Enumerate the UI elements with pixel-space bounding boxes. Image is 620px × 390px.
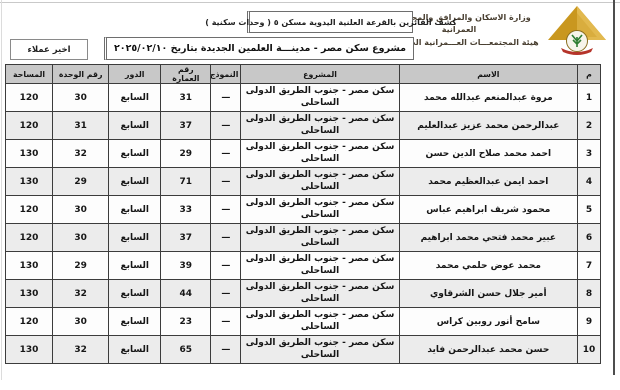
cell-model: —	[211, 280, 241, 308]
table-row: 6عبير محمد فتحي محمد ابراهيمسكن مصر - جن…	[6, 224, 601, 252]
cell-unit: 30	[53, 308, 109, 336]
cell-floor: السابع	[109, 84, 161, 112]
cell-area: 130	[6, 140, 53, 168]
header-name: الاسم	[399, 65, 577, 84]
cell-unit: 30	[53, 224, 109, 252]
cell-building: 33	[161, 196, 211, 224]
cell-floor: السابع	[109, 252, 161, 280]
cell-area: 130	[6, 168, 53, 196]
cell-area: 120	[6, 84, 53, 112]
cell-project: سكن مصر - جنوب الطريق الدولى الساحلى	[241, 112, 399, 140]
cell-model: —	[211, 196, 241, 224]
cell-floor: السابع	[109, 196, 161, 224]
cell-model: —	[211, 336, 241, 364]
cell-name: سامح أنور روبين كراس	[399, 308, 577, 336]
table-row: 4احمد ايمن عبدالعظيم محمدسكن مصر - جنوب …	[6, 168, 601, 196]
cell-floor: السابع	[109, 224, 161, 252]
cell-name: عبدالرحمن محمد عزيز عبدالعليم	[399, 112, 577, 140]
cell-building: 44	[161, 280, 211, 308]
table-row: 3احمد محمد صلاح الدين حسنسكن مصر - جنوب …	[6, 140, 601, 168]
cell-model: —	[211, 84, 241, 112]
cell-model: —	[211, 112, 241, 140]
header-building: رقم العمارة	[161, 65, 211, 84]
header-model: النموذج	[211, 65, 241, 84]
cell-unit: 32	[53, 280, 109, 308]
cell-model: —	[211, 140, 241, 168]
cell-name: مروة عبدالمنعم عبدالله محمد	[399, 84, 577, 112]
header-floor: الدور	[109, 65, 161, 84]
cell-area: 130	[6, 336, 53, 364]
table-header-row: م الاسم المشروع النموذج رقم العمارة الدو…	[6, 65, 601, 84]
cell-building: 39	[161, 252, 211, 280]
cell-index: 4	[577, 168, 600, 196]
cell-area: 130	[6, 280, 53, 308]
cell-area: 120	[6, 112, 53, 140]
cell-project: سكن مصر - جنوب الطريق الدولى الساحلى	[241, 224, 399, 252]
table-row: 10حسن محمد عبدالرحمن فايدسكن مصر - جنوب …	[6, 336, 601, 364]
customer-tag: اخير عملاء	[27, 45, 70, 55]
table-row: 8أمير جلال حسن الشرقاويسكن مصر - جنوب ال…	[6, 280, 601, 308]
header-area: المساحة	[6, 65, 53, 84]
cell-area: 120	[6, 224, 53, 252]
cell-unit: 32	[53, 140, 109, 168]
cell-unit: 29	[53, 252, 109, 280]
cell-unit: 29	[53, 168, 109, 196]
cell-index: 2	[577, 112, 600, 140]
header-index: م	[577, 65, 600, 84]
cell-model: —	[211, 308, 241, 336]
cell-project: سكن مصر - جنوب الطريق الدولى الساحلى	[241, 336, 399, 364]
cell-building: 31	[161, 84, 211, 112]
table-row: 9سامح أنور روبين كراسسكن مصر - جنوب الطر…	[6, 308, 601, 336]
cell-index: 10	[577, 336, 600, 364]
cell-project: سكن مصر - جنوب الطريق الدولى الساحلى	[241, 168, 399, 196]
lottery-title: كشف الفائزين بالقرعة العلنية اليدوية مسك…	[205, 18, 457, 27]
scanned-document-page: وزارة الاسكان والمرافق والمجتمعات العمرا…	[0, 0, 620, 390]
cell-building: 29	[161, 140, 211, 168]
cell-floor: السابع	[109, 168, 161, 196]
cell-area: 120	[6, 196, 53, 224]
header-unit: رقم الوحدة	[53, 65, 109, 84]
cell-index: 1	[577, 84, 600, 112]
cell-building: 37	[161, 224, 211, 252]
cell-area: 130	[6, 252, 53, 280]
cell-floor: السابع	[109, 308, 161, 336]
cell-model: —	[211, 168, 241, 196]
cell-project: سكن مصر - جنوب الطريق الدولى الساحلى	[241, 308, 399, 336]
header-project: المشروع	[241, 65, 399, 84]
cell-project: سكن مصر - جنوب الطريق الدولى الساحلى	[241, 196, 399, 224]
table-row: 7محمد عوض حلمي محمدسكن مصر - جنوب الطريق…	[6, 252, 601, 280]
cell-name: احمد محمد صلاح الدين حسن	[399, 140, 577, 168]
cell-building: 65	[161, 336, 211, 364]
table-row: 1مروة عبدالمنعم عبدالله محمدسكن مصر - جن…	[6, 84, 601, 112]
cell-building: 71	[161, 168, 211, 196]
cell-name: أمير جلال حسن الشرقاوي	[399, 280, 577, 308]
cell-index: 5	[577, 196, 600, 224]
cell-unit: 30	[53, 196, 109, 224]
project-title: مشروع سكن مصر - مدينـــة العلمين الجديدة…	[114, 43, 406, 54]
cell-unit: 31	[53, 112, 109, 140]
winners-table: م الاسم المشروع النموذج رقم العمارة الدو…	[5, 64, 601, 364]
page-top-edge	[0, 2, 620, 3]
cell-unit: 30	[53, 84, 109, 112]
cell-project: سكن مصر - جنوب الطريق الدولى الساحلى	[241, 84, 399, 112]
cell-index: 6	[577, 224, 600, 252]
cell-floor: السابع	[109, 140, 161, 168]
cell-name: احمد ايمن عبدالعظيم محمد	[399, 168, 577, 196]
cell-index: 8	[577, 280, 600, 308]
cell-project: سكن مصر - جنوب الطريق الدولى الساحلى	[241, 140, 399, 168]
page-right-edge	[613, 0, 615, 375]
lottery-title-box: كشف الفائزين بالقرعة العلنية اليدوية مسك…	[247, 11, 413, 33]
cell-name: عبير محمد فتحي محمد ابراهيم	[399, 224, 577, 252]
table-row: 5محمود شريف ابراهيم عباسسكن مصر - جنوب ا…	[6, 196, 601, 224]
cell-model: —	[211, 252, 241, 280]
cell-unit: 32	[53, 336, 109, 364]
cell-floor: السابع	[109, 280, 161, 308]
cell-building: 23	[161, 308, 211, 336]
cell-area: 120	[6, 308, 53, 336]
nuca-pyramid-logo-icon	[547, 4, 607, 56]
cell-index: 7	[577, 252, 600, 280]
cell-model: —	[211, 224, 241, 252]
table-body: 1مروة عبدالمنعم عبدالله محمدسكن مصر - جن…	[6, 84, 601, 364]
cell-name: محمد عوض حلمي محمد	[399, 252, 577, 280]
page-left-edge	[1, 0, 2, 380]
cell-name: محمود شريف ابراهيم عباس	[399, 196, 577, 224]
cell-floor: السابع	[109, 336, 161, 364]
cell-index: 9	[577, 308, 600, 336]
cell-index: 3	[577, 140, 600, 168]
table-row: 2عبدالرحمن محمد عزيز عبدالعليمسكن مصر - …	[6, 112, 601, 140]
cell-name: حسن محمد عبدالرحمن فايد	[399, 336, 577, 364]
cell-project: سكن مصر - جنوب الطريق الدولى الساحلى	[241, 252, 399, 280]
project-title-box: مشروع سكن مصر - مدينـــة العلمين الجديدة…	[104, 37, 414, 60]
cell-floor: السابع	[109, 112, 161, 140]
customer-tag-box: اخير عملاء	[10, 39, 88, 60]
cell-project: سكن مصر - جنوب الطريق الدولى الساحلى	[241, 280, 399, 308]
cell-building: 37	[161, 112, 211, 140]
